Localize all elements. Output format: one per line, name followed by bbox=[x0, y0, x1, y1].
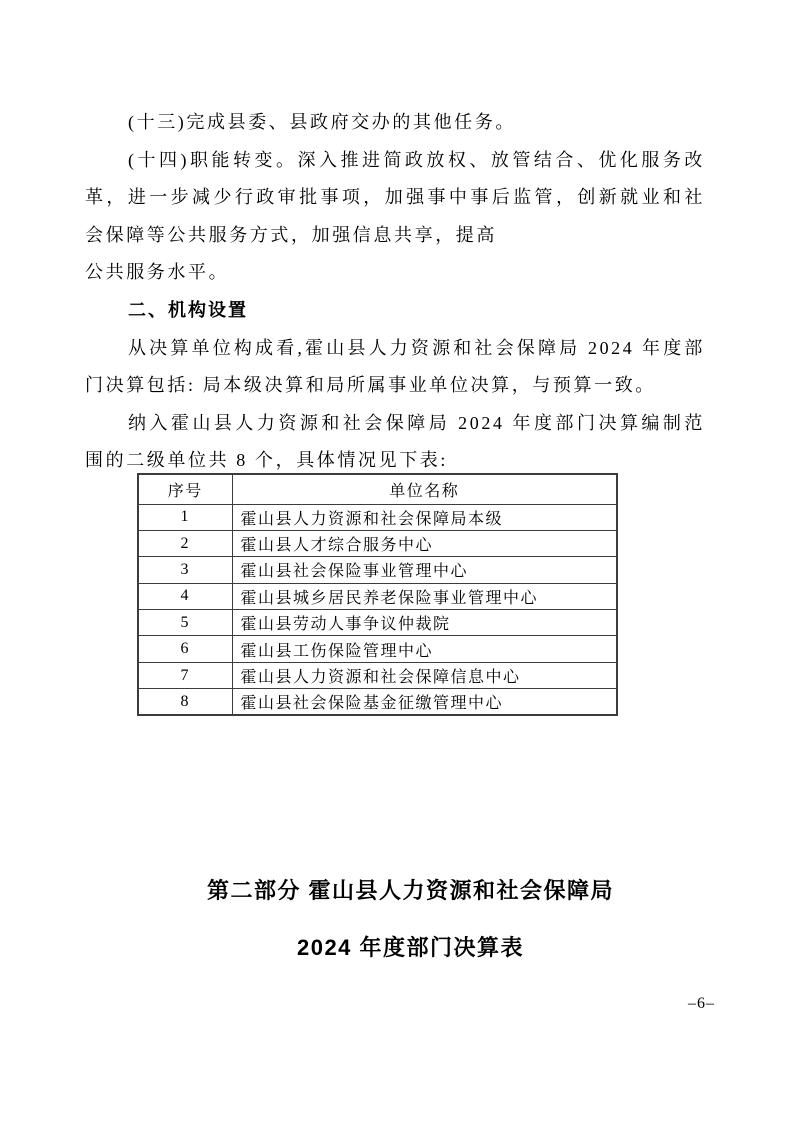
row-number-cell: 6 bbox=[138, 636, 232, 662]
row-number-cell: 1 bbox=[138, 504, 232, 530]
body-line: (十四)职能转变。深入推进简政放权、放管结合、优化服务改 bbox=[85, 142, 705, 180]
row-number-cell: 8 bbox=[138, 689, 232, 715]
units-table: 序号 单位名称 1 霍山县人力资源和社会保障局本级 2 霍山县人才综合服务中心 … bbox=[137, 473, 618, 716]
table-row: 7 霍山县人力资源和社会保障信息中心 bbox=[138, 662, 617, 688]
table-row: 3 霍山县社会保险事业管理中心 bbox=[138, 557, 617, 583]
unit-name-cell: 霍山县人力资源和社会保障局本级 bbox=[232, 504, 617, 530]
header-unit-name: 单位名称 bbox=[232, 474, 617, 504]
unit-name-cell: 霍山县社会保险基金征缴管理中心 bbox=[232, 689, 617, 715]
unit-name-cell: 霍山县工伤保险管理中心 bbox=[232, 636, 617, 662]
row-number-cell: 4 bbox=[138, 583, 232, 609]
table-row: 6 霍山县工伤保险管理中心 bbox=[138, 636, 617, 662]
page-number: –6– bbox=[0, 995, 715, 1013]
document-page: (十三)完成县委、县政府交办的其他任务。 (十四)职能转变。深入推进简政放权、放… bbox=[0, 0, 793, 1122]
body-line: (十三)完成县委、县政府交办的其他任务。 bbox=[85, 104, 705, 142]
unit-name-cell: 霍山县人才综合服务中心 bbox=[232, 530, 617, 556]
row-number-cell: 2 bbox=[138, 530, 232, 556]
section-heading: 二、机构设置 bbox=[85, 292, 705, 330]
table-row: 1 霍山县人力资源和社会保障局本级 bbox=[138, 504, 617, 530]
part2-title-line2: 2024 年度部门决算表 bbox=[0, 936, 793, 960]
unit-name-cell: 霍山县社会保险事业管理中心 bbox=[232, 557, 617, 583]
body-line: 从决算单位构成看,霍山县人力资源和社会保障局 2024 年度部 bbox=[85, 330, 705, 368]
header-seq-no: 序号 bbox=[138, 474, 232, 504]
table-row: 2 霍山县人才综合服务中心 bbox=[138, 530, 617, 556]
body-line: 门决算包括: 局本级决算和局所属事业单位决算，与预算一致。 bbox=[85, 367, 705, 405]
body-line: 纳入霍山县人力资源和社会保障局 2024 年度部门决算编制范 bbox=[85, 405, 705, 443]
body-line: 会保障等公共服务方式，加强信息共享，提高 bbox=[85, 217, 705, 255]
table-header-row: 序号 单位名称 bbox=[138, 474, 617, 504]
body-text: (十三)完成县委、县政府交办的其他任务。 (十四)职能转变。深入推进简政放权、放… bbox=[85, 104, 705, 480]
row-number-cell: 3 bbox=[138, 557, 232, 583]
body-line: 革，进一步减少行政审批事项，加强事中事后监管，创新就业和社 bbox=[85, 179, 705, 217]
row-number-cell: 5 bbox=[138, 610, 232, 636]
body-line: 公共服务水平。 bbox=[85, 254, 705, 292]
table-row: 4 霍山县城乡居民养老保险事业管理中心 bbox=[138, 583, 617, 609]
part2-title-line1: 第二部分 霍山县人力资源和社会保障局 bbox=[0, 879, 793, 903]
table-row: 5 霍山县劳动人事争议仲裁院 bbox=[138, 610, 617, 636]
unit-name-cell: 霍山县人力资源和社会保障信息中心 bbox=[232, 662, 617, 688]
unit-name-cell: 霍山县劳动人事争议仲裁院 bbox=[232, 610, 617, 636]
table-row: 8 霍山县社会保险基金征缴管理中心 bbox=[138, 689, 617, 715]
unit-name-cell: 霍山县城乡居民养老保险事业管理中心 bbox=[232, 583, 617, 609]
row-number-cell: 7 bbox=[138, 662, 232, 688]
